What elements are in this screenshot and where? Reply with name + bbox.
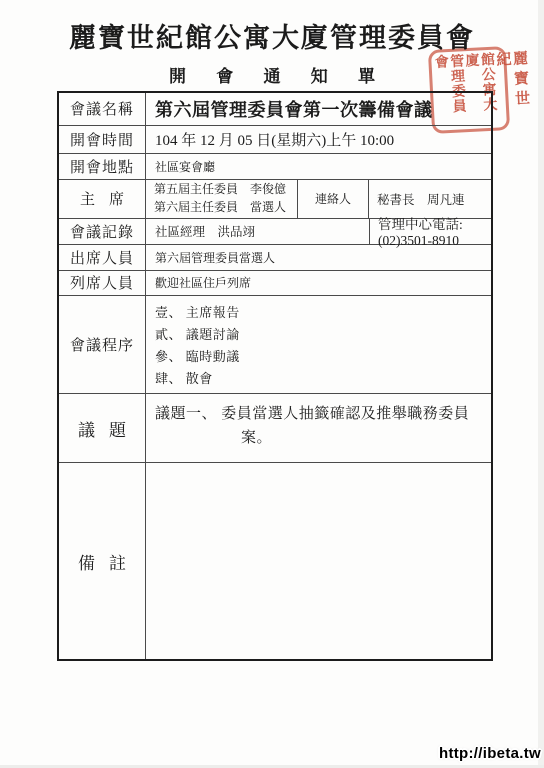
row-observers: 列席人員 歡迎社區住戶列席 [59, 271, 491, 296]
row-attendees: 出席人員 第六屆管理委員當選人 [59, 245, 491, 271]
chairman-label: 主席 [59, 180, 146, 218]
meeting-time-value: 104 年 12 月 05 日(星期六)上午 10:00 [146, 126, 491, 153]
chairman-line-1: 第五屆主任委員 李俊億 [154, 181, 293, 198]
meeting-time-label: 開會時間 [59, 126, 146, 153]
attendees-label: 出席人員 [59, 245, 146, 270]
observers-label: 列席人員 [59, 271, 146, 295]
meeting-place-label: 開會地點 [59, 154, 146, 179]
row-remarks: 備註 [59, 463, 491, 659]
procedure-item-3: 參、 臨時動議 [155, 346, 240, 365]
procedure-list: 壹、 主席報告 貳、 議題討論 參、 臨時動議 肆、 散會 [146, 296, 491, 394]
minutes-taker: 社區經理 洪品翊 [146, 219, 370, 244]
procedure-label: 會議程序 [59, 296, 146, 394]
topic-value: 議題一、 委員當選人抽籤確認及推舉職務委員案。 [155, 402, 485, 450]
meeting-place-value: 社區宴會廳 [146, 154, 491, 179]
attendees-value: 第六屆管理委員當選人 [146, 245, 491, 270]
meeting-name-value: 第六屆管理委員會第一次籌備會議 [146, 93, 491, 125]
meeting-notice-table: 會議名稱 第六屆管理委員會第一次籌備會議 開會時間 104 年 12 月 05 … [57, 91, 493, 661]
remarks-value [146, 463, 491, 659]
row-meeting-place: 開會地點 社區宴會廳 [59, 154, 491, 180]
contact-value: 秘書長 周凡連 [369, 180, 491, 218]
observers-value: 歡迎社區住戶列席 [146, 271, 491, 295]
topic-cell: 議題一、 委員當選人抽籤確認及推舉職務委員案。 [146, 394, 491, 462]
row-procedure: 會議程序 壹、 主席報告 貳、 議題討論 參、 臨時動議 肆、 散會 [59, 296, 491, 395]
row-meeting-name: 會議名稱 第六屆管理委員會第一次籌備會議 [59, 93, 491, 126]
row-minutes: 會議記錄 社區經理 洪品翊 管理中心電話:(02)3501-8910 [59, 219, 491, 245]
seal-column-1: 麗寶世紀 [494, 50, 531, 126]
management-phone: 管理中心電話:(02)3501-8910 [370, 219, 491, 244]
chairman-names: 第五屆主任委員 李俊億 第六屆主任委員 當選人 [146, 180, 298, 218]
procedure-item-1: 壹、 主席報告 [155, 302, 240, 321]
topic-label: 議題 [59, 394, 146, 462]
procedure-item-2: 貳、 議題討論 [155, 324, 240, 343]
minutes-label: 會議記錄 [59, 219, 146, 244]
remarks-label: 備註 [59, 463, 146, 659]
watermark-url: http://ibeta.tw [439, 745, 541, 762]
row-topic: 議題 議題一、 委員當選人抽籤確認及推舉職務委員案。 [59, 394, 491, 463]
chairman-line-2: 第六屆主任委員 當選人 [154, 199, 293, 216]
meeting-name-label: 會議名稱 [59, 93, 146, 125]
row-meeting-time: 開會時間 104 年 12 月 05 日(星期六)上午 10:00 [59, 126, 491, 154]
scan-edge-right [538, 0, 544, 768]
contact-label: 連絡人 [298, 180, 369, 218]
procedure-item-4: 肆、 散會 [155, 368, 213, 387]
